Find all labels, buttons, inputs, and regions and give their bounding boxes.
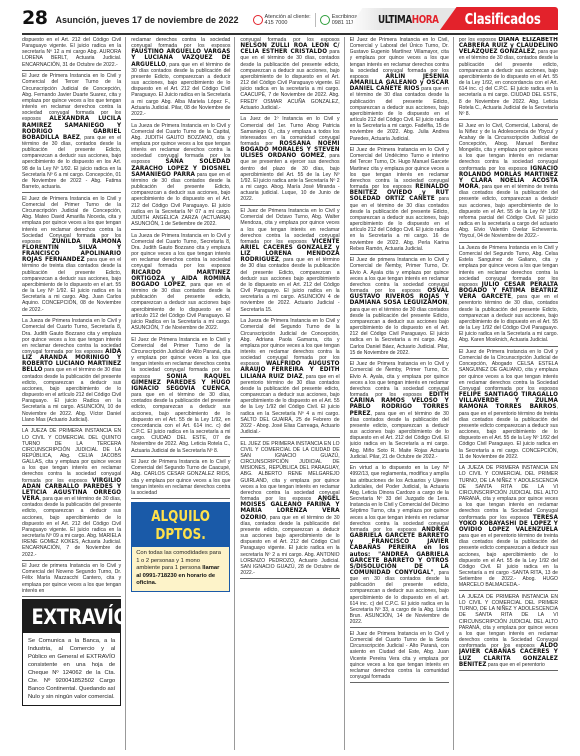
column-4: El Juez de Primera Instancia en lo Civil… — [350, 37, 454, 750]
legal-notice: El Juez de Primera Instancia en lo Civil… — [350, 147, 449, 255]
legal-notice: El Juez de Primera Instancia en lo Civil… — [350, 37, 449, 145]
notice-text: por los esposos — [459, 37, 496, 43]
legal-notice: La Jueza de Primera Instancia en lo Civi… — [131, 123, 230, 231]
notice-text-continued: , para que en el término de 30 días, con… — [22, 496, 121, 557]
column-3: conyugal formada por los esposos NELSON … — [240, 37, 344, 750]
notice-text-continued: , para que se presenten a ejercer sus de… — [240, 153, 339, 202]
phone-icon — [253, 15, 263, 25]
legal-notice: El Juez de Primera Instancia en lo Civil… — [350, 631, 449, 683]
classifieds-page: 28 Asunción, jueves 17 de noviembre de 2… — [22, 6, 558, 750]
brand-banner: ULTIMAHORA Clasificados — [348, 6, 558, 30]
notice-text-continued: , para que en el término de 30 días, con… — [240, 515, 339, 576]
notice-text-continued: para que en el término de 30 días contad… — [350, 196, 449, 251]
whatsapp-icon — [320, 15, 330, 25]
legal-notice: EL JUEZ DE PRIMERA INSTANCIA EN LO CIVIL… — [240, 441, 339, 579]
notice-text-continued: , para que en el término de 30 días cont… — [240, 257, 339, 312]
notice-text: dispuesto en el Art. 212 del Código Civi… — [22, 37, 121, 68]
header-rule — [22, 33, 558, 35]
notice-text-continued: , para que en el perentorio término de 3… — [459, 294, 558, 343]
rental-title-text: ALQUILO DPTOS. — [142, 507, 220, 543]
notice-text: LA JUEZA DE PRIMERA INSTANCIA EN LO CIVI… — [22, 428, 121, 483]
extravio-body: Se Comunica a la Banca, a la Industria, … — [23, 633, 120, 705]
page-number: 28 — [22, 7, 47, 29]
notice-text-continued: , para que en el término de 30 días cont… — [350, 300, 449, 355]
notice-text-continued: , para que en el término de 30 días cont… — [350, 411, 449, 460]
column-1: dispuesto en el Art. 212 del Código Civi… — [22, 37, 126, 750]
notice-text-continued: , para que en el término de 30 días cont… — [131, 282, 230, 331]
notice-text-continued: para que en el término de 30 días, conta… — [240, 49, 339, 110]
legal-notice: El Juez de Primera Instancia en lo Civil… — [350, 361, 449, 463]
notice-text: El Juez de Primera Instancia en lo Civil… — [350, 631, 449, 680]
legal-notice: El Juez de Primera Instancia en lo Civil… — [459, 349, 558, 463]
notice-text-continued: , para que en el término de 30 días, con… — [131, 386, 230, 454]
notice-text-continued: , para que en el término de treinta días… — [459, 184, 558, 239]
notice-text-continued: , para que en el perentorio término de t… — [459, 404, 558, 459]
notice-text: El Juez de Primera Instancia en lo Civil… — [459, 349, 558, 392]
notice-text: El Juez de Primera Instancia en lo Civil… — [22, 196, 121, 245]
section-banner: Clasificados — [440, 7, 558, 30]
notice-text: El Juez de Primera Instancia en lo Civil… — [22, 73, 121, 122]
notice-text: El Juez en lo Civil, Comercial, Laboral,… — [459, 123, 558, 172]
notice-text: El Juez de Primera Instancia en lo Civil… — [131, 459, 230, 496]
legal-notice: El Juez de Primera Instancia en lo Civil… — [131, 459, 230, 499]
notice-text-continued: para que en el perentorio término de tre… — [459, 533, 558, 588]
notice-text-continued: , para que en el término de 30 días, con… — [459, 49, 558, 117]
legal-notice: El Juez de Primera Instancia en lo Civil… — [22, 196, 121, 316]
page-header: 28 Asunción, jueves 17 de noviembre de 2… — [22, 6, 558, 30]
legal-notice: La Juez de 1º Instancia en lo Civil y Co… — [240, 116, 339, 205]
extravio-ad: EXTRAVÍO Se Comunica a la Banca, a la In… — [22, 599, 121, 706]
legal-notice: El Juez de Primera Instancia en lo Civil… — [131, 337, 230, 457]
notice-text: La Jueza de Primera Instancia en lo Civi… — [131, 233, 230, 270]
legal-notice: La Jueza de Primera Instancia en lo Civi… — [131, 233, 230, 335]
legal-notice: El Juez de primera Instancia en lo Civil… — [22, 563, 121, 597]
section-title: Clasificados — [457, 10, 541, 28]
rental-ad: ALQUILO DPTOS. Con todas las comodidades… — [131, 502, 230, 592]
notice-text-continued: , para que en el término de 30 días, con… — [22, 135, 121, 190]
extravio-title-text: EXTRAVÍO — [32, 605, 127, 629]
notice-text: LA JUEZA DE PRIMERA INSTANCIA EN LO CIVI… — [459, 594, 558, 649]
legal-notice: El Juez de Primera Instancia en lo Civil… — [22, 73, 121, 193]
notice-parties: ANDREA GABRIELA GARCETE BARRETO y FRANCI… — [350, 527, 449, 576]
notice-text-continued: para que en el perentorio — [487, 662, 545, 668]
notice-text-continued: para que en el término de 30 días contad… — [22, 367, 121, 422]
rental-body: Con todas las comodidades para 1 o 2 per… — [132, 547, 229, 591]
column-2: reclamar derechos contra la sociedad con… — [131, 37, 235, 750]
contact-phone-value: 415 7000 — [265, 20, 288, 26]
contact-phone: Atención al cliente: 415 7000 — [265, 14, 311, 27]
legal-notice: conyugal formada por los esposos NELSON … — [240, 37, 339, 114]
notice-text-continued: , para que en 30 días contados desde la … — [350, 570, 449, 625]
divider — [315, 13, 316, 27]
legal-notice: La Jueza de Primera Instancia en lo Civi… — [240, 318, 339, 438]
notice-text: El Juez de primera Instancia en lo Civil… — [22, 563, 121, 594]
notice-text-continued: , para que en el perentorio término de 3… — [240, 374, 339, 435]
notice-text: conyugal formada por los esposos — [240, 37, 339, 43]
extravio-title: EXTRAVÍO — [23, 600, 120, 633]
brand-logo-part1: ULTIMA — [378, 13, 412, 26]
legal-notice: El Juez de Primera Instancia en lo Civil… — [240, 208, 339, 316]
legal-notice: reclamar derechos contra la sociedad con… — [131, 37, 230, 120]
notice-text-continued: para que en el término de 30 días contad… — [131, 172, 230, 227]
notice-text-continued: para que en el término de treinta días c… — [22, 257, 121, 312]
notice-text: LA JUEZA DE PRIMERA INSTANCIA EN LO CIVI… — [459, 465, 558, 520]
notice-text-continued: , para que en el término de 30 días cont… — [131, 62, 230, 117]
notice-text: La Jueza de Primera Instancia en lo Civi… — [240, 318, 339, 367]
notice-text: reclamar derechos contra la sociedad con… — [131, 37, 230, 49]
brand-logo: ULTIMAHORA — [378, 13, 439, 26]
notice-parties: FELIPE SANTIAGO TIRAGALLO VILLAVERDE Y Z… — [459, 392, 558, 410]
legal-notice: LA JUEZA DE PRIMERA INSTANCIA EN LO CIVI… — [459, 465, 558, 591]
columns: dispuesto en el Art. 212 del Código Civi… — [22, 37, 558, 750]
notice-text: EL JUEZ DE PRIMERA INSTANCIA EN LO CIVIL… — [240, 441, 339, 502]
legal-notice: LA JUEZA DE PRIMERA INSTANCIA EN LO CIVI… — [22, 428, 121, 560]
legal-notice: El Juez en lo Civil, Comercial, Laboral,… — [459, 123, 558, 243]
legal-notice: por los esposos DIANA ELIZABETH CABRERA … — [459, 37, 558, 120]
rental-title: ALQUILO DPTOS. — [132, 503, 229, 547]
contact-phone-label: Atención al cliente: — [265, 14, 311, 20]
legal-notice: LA JUEZA DE PRIMERA INSTANCIA EN LO CIVI… — [459, 594, 558, 671]
column-5: por los esposos DIANA ELIZABETH CABRERA … — [459, 37, 558, 750]
legal-notice: dispuesto en el Art. 212 del Código Civi… — [22, 37, 121, 71]
legal-notice: El Juez de primera Instancia en lo Civil… — [350, 257, 449, 359]
legal-notice: La Jueza de Primera Instancia en lo Civi… — [22, 318, 121, 426]
brand-logo-part2: HORA — [412, 13, 439, 26]
notice-text-continued: para que en el término de 30 días contad… — [350, 86, 449, 141]
notice-parties: NELSON ZULLI ROA LEON C/ CELIA ESTHER CR… — [240, 43, 339, 55]
page-date: Asunción, jueves 17 de noviembre de 2022 — [55, 15, 238, 25]
notice-text: En virtud a lo dispuesto en la Ley Nº 49… — [350, 465, 449, 533]
legal-notice: La Jueza de Primera Instancia en lo Civi… — [459, 245, 558, 347]
legal-notice: En virtud a lo dispuesto en la Ley Nº 49… — [350, 465, 449, 628]
